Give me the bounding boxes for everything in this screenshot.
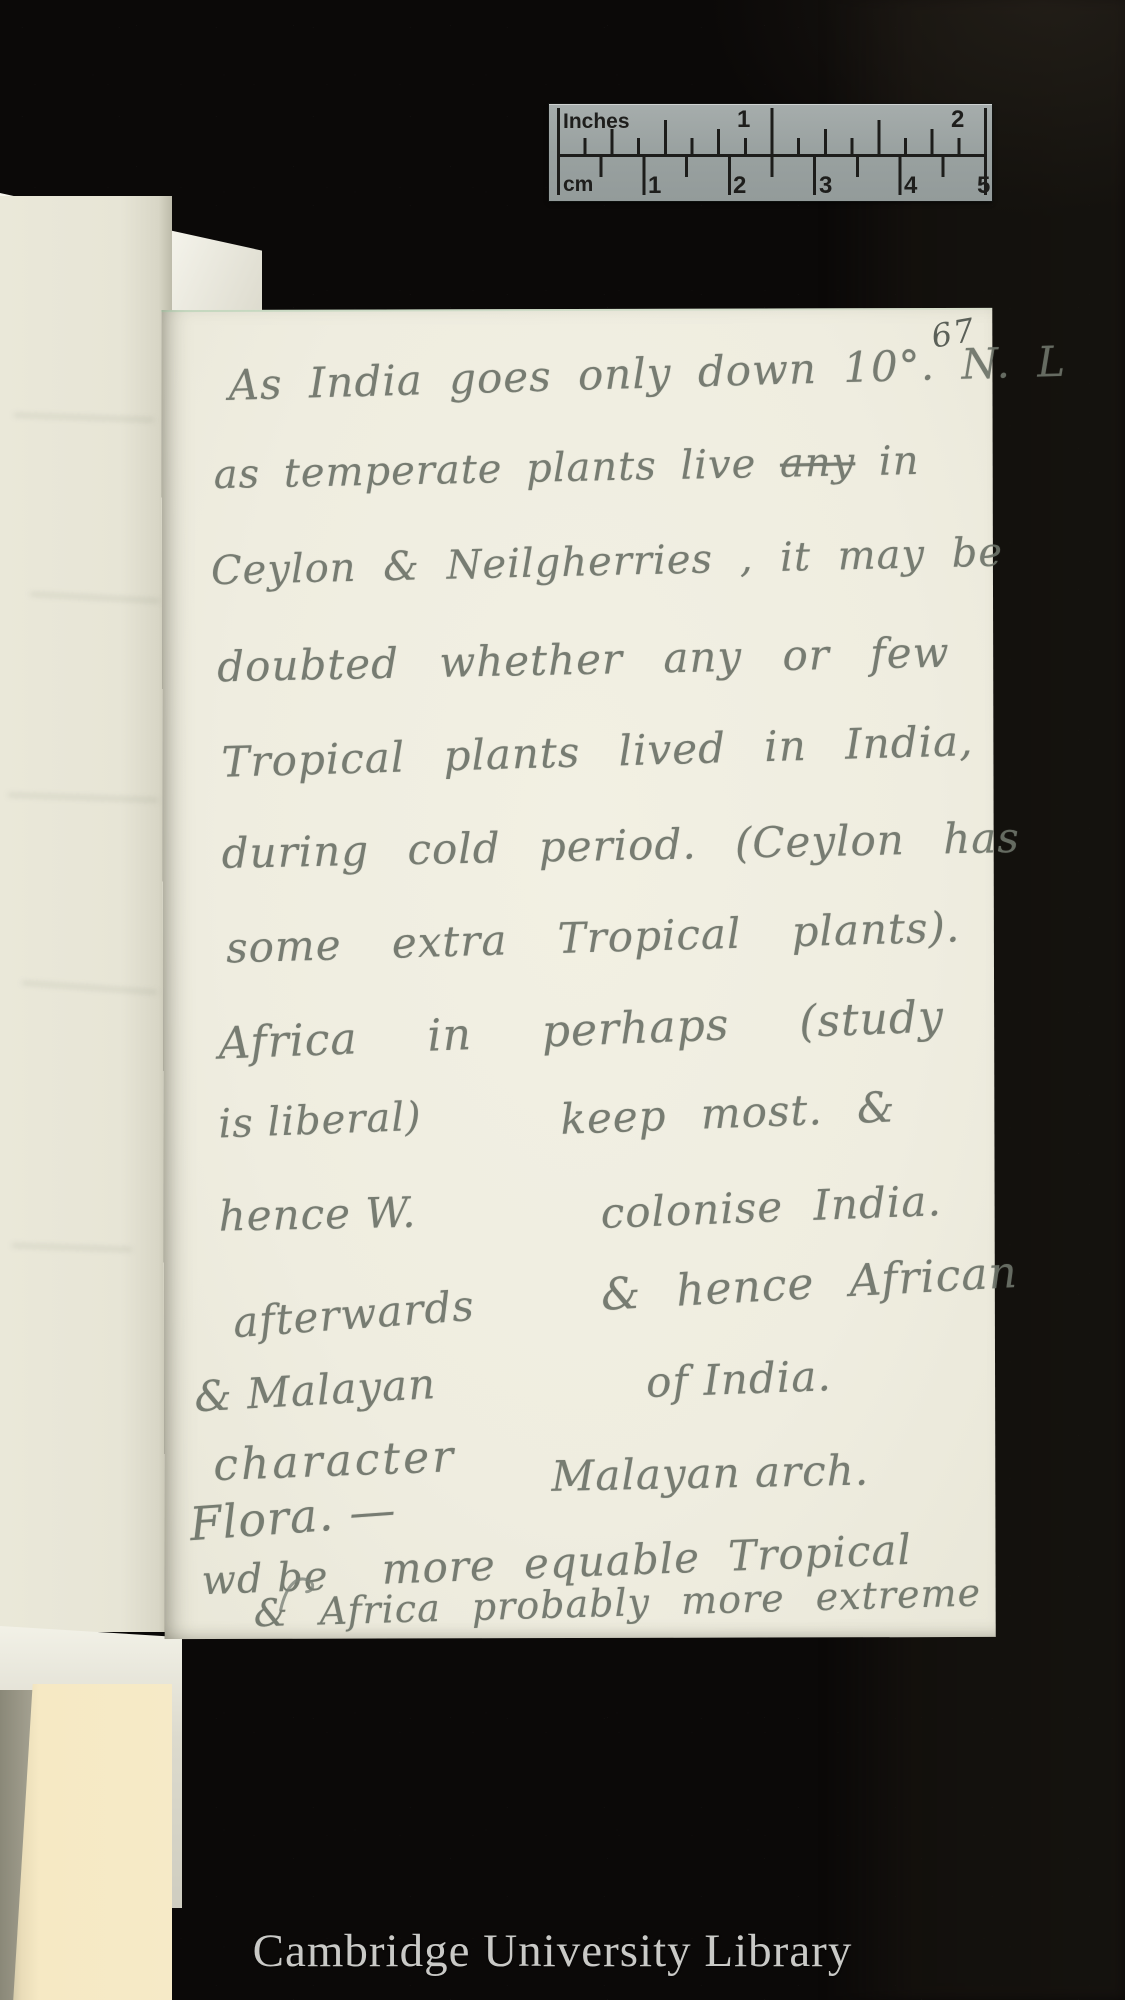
manuscript-page: 67 As India goes only down 10°. N. L as … [161,308,995,1639]
facing-page-verso [0,196,172,1632]
manuscript-line: Africa in perhaps (study [217,991,944,1069]
measurement-ruler: Inches cm 1 2 1 2 3 4 5 [549,104,992,201]
cm-number: 1 [648,172,661,200]
manuscript-line: hence W. [218,1188,417,1241]
library-caption: Cambridge University Library [0,1924,1105,1978]
inches-label: Inches [563,110,630,134]
photograph-stage: 67 As India goes only down 10°. N. L as … [0,0,1125,2000]
show-through-mark [14,414,154,422]
cm-number: 4 [904,172,917,200]
manuscript-line: is liberal) [218,1094,423,1148]
line-text: as temperate plants live [213,441,780,498]
manuscript-line: as temperate plants live any in [213,438,920,498]
line-text: in [855,438,920,485]
pen-stroke [273,1566,325,1618]
inch-number: 1 [737,106,750,134]
manuscript-line: some extra Tropical plants). [225,902,960,972]
manuscript-line: afterwards [231,1281,476,1347]
manuscript-line: & hence African [600,1247,1019,1321]
manuscript-line: during cold period. (Ceylon has [221,813,1020,878]
manuscript-line: keep most. & [560,1082,897,1144]
struck-word: any [780,439,856,487]
cm-tick-marks [557,157,987,199]
cm-number: 2 [733,172,746,200]
show-through-mark [8,793,158,801]
show-through-mark [22,981,157,993]
manuscript-line: Malayan arch. [551,1445,870,1500]
show-through-mark [30,593,160,603]
cm-number: 5 [977,172,990,200]
inch-number: 2 [951,106,964,134]
manuscript-line: Flora. — [188,1482,398,1551]
manuscript-line: doubted whether any or few [217,628,950,692]
manuscript-line: & Malayan [193,1359,437,1421]
manuscript-line: colonise India. [600,1176,943,1238]
manuscript-line: Tropical plants lived in India, [221,716,974,787]
manuscript-line: As India goes only down 10°. N. L [228,337,1067,410]
cm-number: 3 [819,172,832,200]
manuscript-line: & Africa probably more extreme [253,1570,981,1635]
manuscript-line: Ceylon & Neilgherries , it may be [210,530,1003,595]
show-through-mark [12,1244,132,1251]
manuscript-line: character [212,1431,457,1491]
manuscript-line: of India. [645,1351,832,1407]
cm-label: cm [563,173,593,197]
